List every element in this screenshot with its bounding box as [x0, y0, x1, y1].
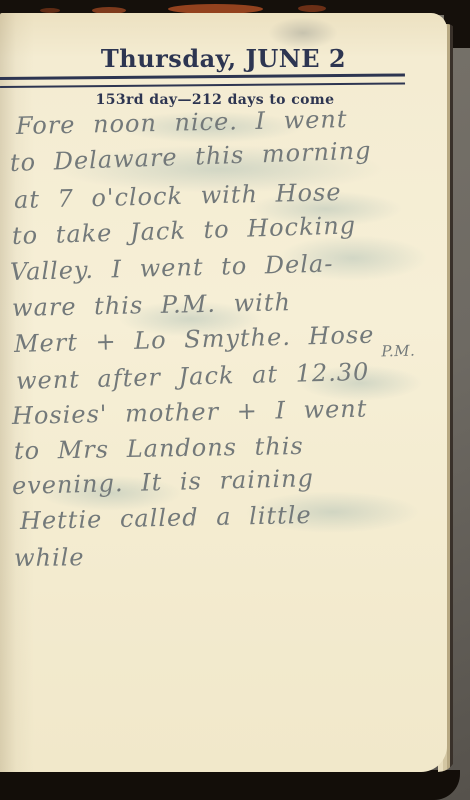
entry-line-text: went after Jack at 12.30	[16, 358, 370, 395]
entry-line: Hosies' mother + I went	[12, 395, 368, 430]
diary-cover-bottom-edge	[0, 770, 460, 800]
entry-line: Fore noon nice. I went	[16, 105, 348, 140]
scanned-diary-photo: Thursday, JUNE 2 153rd day—212 days to c…	[0, 0, 470, 800]
entry-line: while	[14, 543, 85, 572]
entry-line: to take Jack to Hocking	[12, 211, 357, 250]
entry-line: went after Jack at 12.30 P.M.	[16, 358, 370, 395]
entry-line: Hettie called a little	[20, 501, 312, 535]
entry-line: ware this P.M. with	[12, 288, 291, 322]
entry-line: Valley. I went to Dela-	[10, 250, 334, 286]
entry-line: at 7 o'clock with Hose	[14, 178, 342, 214]
entry-line: Mert + Lo Smythe. Hose	[14, 321, 375, 358]
entry-line: evening. It is raining	[12, 464, 315, 500]
entry-line: to Delaware this morning	[10, 136, 372, 177]
diary-page: Thursday, JUNE 2 153rd day—212 days to c…	[0, 13, 447, 772]
entry-line: to Mrs Landons this	[14, 432, 304, 465]
cover-wear-mark	[298, 5, 326, 12]
diary-entry: Fore noon nice. I went to Delaware this …	[0, 13, 447, 772]
time-superscript: P.M.	[381, 342, 415, 361]
